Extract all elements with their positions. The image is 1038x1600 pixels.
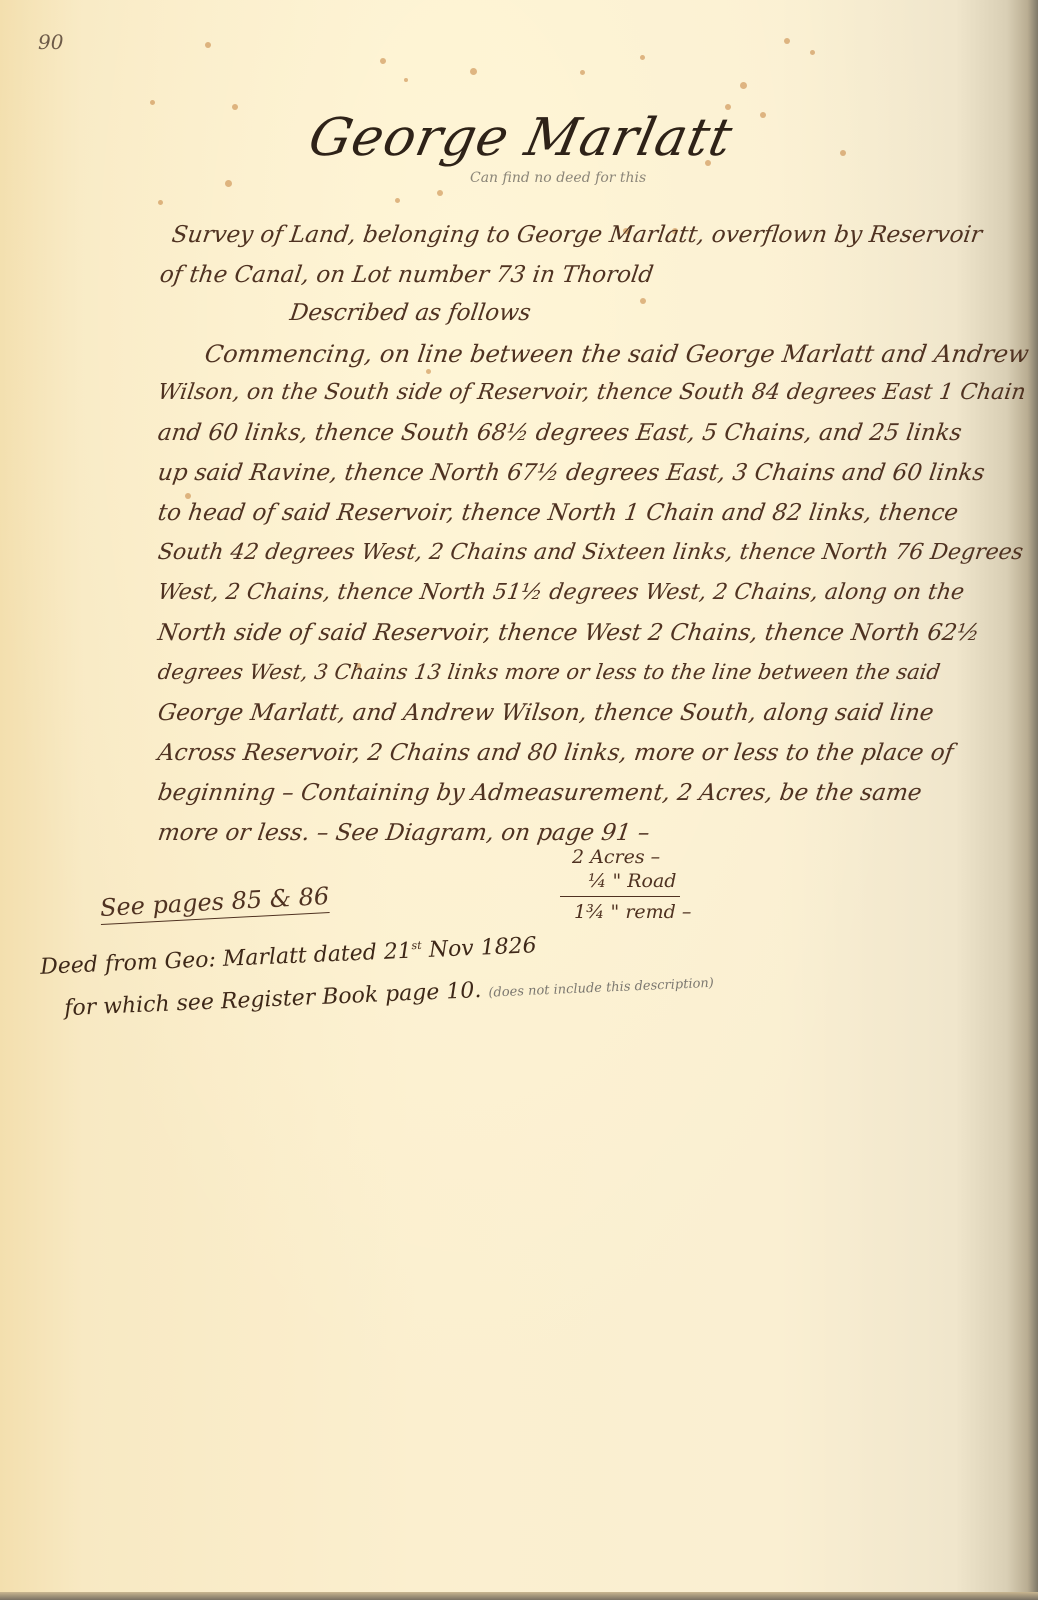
deed-note-line-2: for which see Register Book page 10. (do… bbox=[64, 968, 714, 1021]
foxing-spot bbox=[470, 68, 477, 75]
foxing-spot bbox=[580, 70, 585, 75]
survey-body-line: degrees West, 3 Chains 13 links more or … bbox=[156, 660, 941, 684]
survey-body-line: more or less. – See Diagram, on page 91 … bbox=[156, 820, 651, 846]
foxing-spot bbox=[158, 200, 163, 205]
page-title: George Marlatt bbox=[304, 108, 738, 168]
survey-body-line: North side of said Reservoir, thence Wes… bbox=[156, 620, 981, 646]
survey-body-line: Wilson, on the South side of Reservoir, … bbox=[156, 380, 1027, 405]
foxing-spot bbox=[395, 198, 400, 203]
foxing-spot bbox=[810, 50, 815, 55]
foxing-spot bbox=[232, 104, 238, 110]
foxing-spot bbox=[760, 112, 766, 118]
acreage-calculation: 2 Acres – ¼ " Road 1¾ " remd – bbox=[560, 846, 691, 925]
calc-remainder: 1¾ " remd – bbox=[560, 901, 691, 925]
deed-note-line-1: Deed from Geo: Marlatt dated 21st Nov 18… bbox=[40, 933, 537, 980]
foxing-spot bbox=[225, 180, 232, 187]
survey-body-line: West, 2 Chains, thence North 51½ degrees… bbox=[156, 580, 966, 605]
foxing-spot bbox=[150, 100, 155, 105]
deed-text: Deed from Geo: Marlatt dated 21 bbox=[40, 939, 413, 980]
foxing-spot bbox=[404, 78, 408, 82]
pencil-parenthetical: (does not include this description) bbox=[488, 976, 714, 1001]
survey-body-line: beginning – Containing by Admeasurement,… bbox=[156, 780, 923, 806]
survey-body-line: South 42 degrees West, 2 Chains and Sixt… bbox=[156, 540, 1024, 565]
pencil-annotation: Can find no deed for this bbox=[470, 170, 646, 186]
deed-date-suffix: st bbox=[411, 939, 422, 952]
foxing-spot bbox=[740, 82, 747, 89]
foxing-spot bbox=[640, 298, 646, 304]
survey-heading-line-2: of the Canal, on Lot number 73 in Thorol… bbox=[158, 262, 655, 288]
manuscript-page: 90 George Marlatt Can find no deed for t… bbox=[0, 0, 1038, 1596]
survey-heading-line-1: Survey of Land, belonging to George Marl… bbox=[170, 222, 984, 248]
calc-divider bbox=[560, 896, 680, 897]
foxing-spot bbox=[185, 493, 191, 499]
foxing-spot bbox=[840, 150, 846, 156]
register-reference: for which see Register Book page 10. bbox=[64, 978, 482, 1021]
deed-date: Nov 1826 bbox=[421, 933, 537, 963]
survey-body-line: up said Ravine, thence North 67½ degrees… bbox=[156, 460, 986, 486]
survey-heading-line-3: Described as follows bbox=[288, 300, 532, 326]
foxing-spot bbox=[205, 42, 211, 48]
survey-body-line: to head of said Reservoir, thence North … bbox=[156, 500, 960, 526]
calc-total-acres: 2 Acres – bbox=[560, 846, 691, 870]
calc-road-deduction: ¼ " Road bbox=[560, 870, 691, 894]
see-pages-note: See pages 85 & 86 bbox=[99, 882, 330, 925]
foxing-spot bbox=[437, 190, 443, 196]
survey-body-line: George Marlatt, and Andrew Wilson, thenc… bbox=[156, 700, 935, 726]
survey-body-line: Commencing, on line between the said Geo… bbox=[203, 340, 1031, 368]
foxing-spot bbox=[380, 58, 386, 64]
survey-body-line: and 60 links, thence South 68½ degrees E… bbox=[156, 420, 963, 446]
page-number: 90 bbox=[38, 30, 63, 54]
foxing-spot bbox=[426, 369, 431, 374]
foxing-spot bbox=[640, 55, 645, 60]
survey-body-line: Across Reservoir, 2 Chains and 80 links,… bbox=[156, 740, 955, 766]
foxing-spot bbox=[784, 38, 790, 44]
